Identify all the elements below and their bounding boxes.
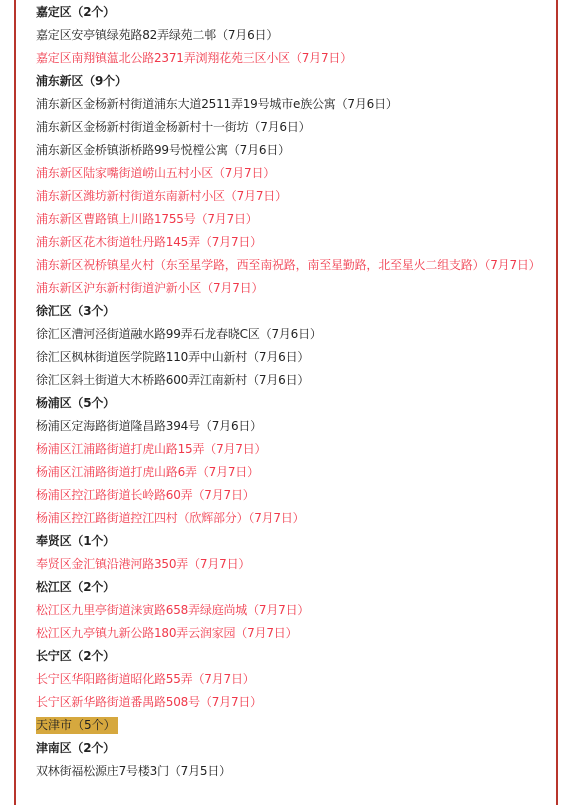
district-heading-pudong: 浦东新区（9个） (36, 70, 556, 93)
list-item-new: 长宁区新华路街道番禺路508号（7月7日） (36, 691, 556, 714)
list-item-new: 浦东新区祝桥镇星火村（东至星学路，西至南祝路，南至星勤路，北至星火二组支路）（7… (36, 254, 546, 277)
list-item: 浦东新区金杨新村街道金杨新村十一街坊（7月6日） (36, 116, 556, 139)
district-heading-xuhui: 徐汇区（3个） (36, 300, 556, 323)
list-item-new: 杨浦区控江路街道控江四村（欣辉部分）（7月7日） (36, 507, 556, 530)
district-heading-fengxian: 奉贤区（1个） (36, 530, 556, 553)
list-item: 徐汇区枫林街道医学院路110弄中山新村（7月6日） (36, 346, 556, 369)
list-item-new: 嘉定区南翔镇蕰北公路2371弄浏翔花苑三区小区（7月7日） (36, 47, 556, 70)
list-item-new: 长宁区华阳路街道昭化路55弄（7月7日） (36, 668, 556, 691)
district-heading-jiading: 嘉定区（2个） (36, 1, 556, 24)
list-item-new: 浦东新区曹路镇上川路1755号（7月7日） (36, 208, 556, 231)
list-item-new: 浦东新区陆家嘴街道崂山五村小区（7月7日） (36, 162, 556, 185)
list-item: 嘉定区安亭镇绿苑路82弄绿苑二邨（7月6日） (36, 24, 556, 47)
list-item-new: 松江区九里亭街道涞寅路658弄绿庭尚城（7月7日） (36, 599, 556, 622)
list-item: 双林街福松源庄7号楼3门（7月5日） (36, 760, 556, 783)
list-item: 浦东新区金桥镇浙桥路99号悦樘公寓（7月6日） (36, 139, 556, 162)
list-item-new: 浦东新区潍坊新村街道东南新村小区（7月7日） (36, 185, 556, 208)
district-heading-songjiang: 松江区（2个） (36, 576, 556, 599)
list-item: 徐汇区斜土街道大木桥路600弄江南新村（7月6日） (36, 369, 556, 392)
district-heading-yangpu: 杨浦区（5个） (36, 392, 556, 415)
district-heading-jinnan: 津南区（2个） (36, 737, 556, 760)
list-item-new: 浦东新区花木街道牡丹路145弄（7月7日） (36, 231, 556, 254)
list-item-new: 杨浦区江浦路街道打虎山路6弄（7月7日） (36, 461, 556, 484)
list-item-new: 松江区九亭镇九新公路180弄云润家园（7月7日） (36, 622, 556, 645)
list-item-new: 浦东新区沪东新村街道沪新小区（7月7日） (36, 277, 556, 300)
list-item-new: 杨浦区江浦路街道打虎山路15弄（7月7日） (36, 438, 556, 461)
list-item: 杨浦区定海路街道隆昌路394号（7月6日） (36, 415, 556, 438)
district-heading-changning: 长宁区（2个） (36, 645, 556, 668)
risk-area-list: 嘉定区（2个） 嘉定区安亭镇绿苑路82弄绿苑二邨（7月6日） 嘉定区南翔镇蕰北公… (36, 1, 556, 783)
list-item-new: 奉贤区金汇镇沿港河路350弄（7月7日） (36, 553, 556, 576)
list-item: 浦东新区金杨新村街道浦东大道2511弄19号城市e族公寓（7月6日） (36, 93, 556, 116)
city-heading-tianjin: 天津市（5个） (36, 717, 118, 734)
list-item-new: 杨浦区控江路街道长岭路60弄（7月7日） (36, 484, 556, 507)
list-item: 徐汇区漕河泾街道融水路99弄石龙春晓C区（7月6日） (36, 323, 556, 346)
city-heading-row: 天津市（5个） (36, 714, 556, 737)
